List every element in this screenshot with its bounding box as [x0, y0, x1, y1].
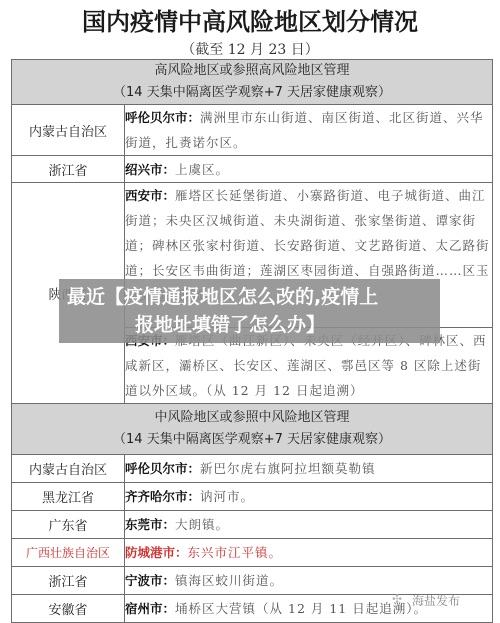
city-label: 齐齐哈尔市：: [125, 489, 200, 504]
table-row: 浙江省 绍兴市：上虞区。: [12, 156, 493, 183]
province-cell: 黑龙江省: [12, 483, 125, 511]
area-cell: 宁波市：镇海区蛟川街道。: [125, 567, 493, 595]
table-row: 内蒙古自治区 呼伦贝尔市：满洲里市东山街道、南区街道、北区街道、兴华街道，扎赉诺…: [12, 105, 493, 156]
city-label: 宿州市：: [125, 601, 175, 616]
source-watermark: 海盐发布: [412, 592, 460, 609]
city-label: 防城港市：: [125, 545, 188, 560]
area-text: 东兴市江平镇。: [188, 545, 283, 560]
area-text: 上虞区。: [175, 162, 229, 177]
wechat-bubble-icon: ✣: [392, 592, 402, 606]
medium-risk-header-note: （14 天集中隔离医学观察+7 天居家健康观察）: [12, 429, 492, 451]
area-cell: 呼伦贝尔市：满洲里市东山街道、南区街道、北区街道、兴华街道，扎赉诺尔区。: [125, 105, 493, 156]
area-cell: 齐齐哈尔市：讷河市。: [125, 483, 493, 511]
province-cell: 内蒙古自治区: [12, 455, 125, 483]
table-row: 浙江省 宁波市：镇海区蛟川街道。: [12, 567, 493, 595]
province-cell: 安徽省: [12, 595, 125, 623]
area-cell: 呼伦贝尔市：新巴尔虎右旗阿拉坦额莫勒镇: [125, 455, 493, 483]
high-risk-header-row: 高风险地区或参照高风险地区管理 （14 天集中隔离医学观察+7 天居家健康观察）: [12, 60, 493, 105]
province-cell: 浙江省: [12, 567, 125, 595]
article-title-banner[interactable]: 最近【疫情通报地区怎么改的,疫情上 报地址填错了怎么办】: [59, 279, 440, 343]
area-cell: 防城港市：东兴市江平镇。: [125, 539, 493, 567]
area-text: 埇桥区大营镇（从 12 月 11 日起追溯）。: [175, 601, 427, 616]
banner-line-2: 报地址填错了怎么办】: [67, 311, 434, 339]
city-label: 宁波市：: [125, 573, 175, 588]
area-text: 新巴尔虎右旗阿拉坦额莫勒镇: [200, 461, 376, 476]
city-label: 呼伦贝尔市：: [125, 110, 200, 125]
medium-risk-header-row: 中风险地区或参照中风险地区管理 （14 天集中隔离医学观察+7 天居家健康观察）: [12, 404, 493, 455]
province-cell: 浙江省: [12, 156, 125, 183]
high-risk-header-note: （14 天集中隔离医学观察+7 天居家健康观察）: [12, 82, 492, 104]
table-row: 内蒙古自治区 呼伦贝尔市：新巴尔虎右旗阿拉坦额莫勒镇: [12, 455, 493, 483]
province-cell: 广东省: [12, 511, 125, 539]
medium-risk-header-title: 中风险地区或参照中风险地区管理: [12, 407, 492, 429]
high-risk-header-title: 高风险地区或参照高风险地区管理: [12, 60, 492, 82]
document-title: 国内疫情中高风险地区划分情况: [0, 2, 500, 37]
city-label: 东莞市：: [125, 517, 175, 532]
banner-line-1: 最近【疫情通报地区怎么改的,疫情上: [67, 286, 378, 308]
document-subtitle: （截至 12 月 23 日）: [0, 39, 500, 59]
city-label: 绍兴市：: [125, 162, 175, 177]
province-cell: 内蒙古自治区: [12, 105, 125, 156]
table-row: 广东省 东莞市：大朗镇。: [12, 511, 493, 539]
table-row-highlighted: 广西壮族自治区 防城港市：东兴市江平镇。: [12, 539, 493, 567]
table-row: 黑龙江省 齐齐哈尔市：讷河市。: [12, 483, 493, 511]
area-text: 镇海区蛟川街道。: [175, 573, 283, 588]
area-cell: 绍兴市：上虞区。: [125, 156, 493, 183]
province-cell: 广西壮族自治区: [12, 539, 125, 567]
area-text: 讷河市。: [200, 489, 254, 504]
city-label: 西安市：: [125, 188, 175, 203]
city-label: 呼伦贝尔市：: [125, 461, 200, 476]
area-cell: 东莞市：大朗镇。: [125, 511, 493, 539]
area-text: 大朗镇。: [175, 517, 229, 532]
